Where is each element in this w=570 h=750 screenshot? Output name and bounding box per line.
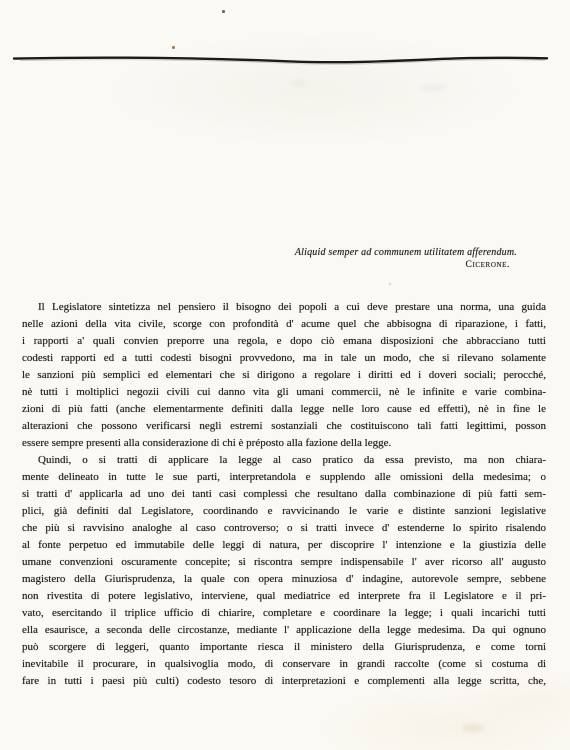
paragraph: Il Legislatore sintetizza nel pensiero i… (22, 299, 546, 452)
epigraph-attribution: Cicerone. (295, 259, 517, 272)
body-text: Il Legislatore sintetizza nel pensiero i… (22, 299, 546, 690)
text-line: nelle azioni della vita civile, scorge c… (22, 316, 546, 333)
ink-speck (222, 10, 225, 13)
paragraph: Quindi, o si tratti di applicare la legg… (22, 452, 546, 690)
text-line: ella esaurisce, a seconda delle circosta… (22, 622, 546, 639)
top-rule (0, 54, 570, 68)
text-line: zioni di più fatti (anche elementarmente… (22, 401, 546, 418)
text-line: umane convenzioni oscuramente concepite;… (22, 554, 546, 571)
paper-smudge (290, 80, 308, 86)
text-line: alterazioni che possono verificarsi negl… (22, 418, 546, 435)
text-line: le sanzioni più semplici ed elementari c… (22, 367, 546, 384)
text-line: fare in tutti i paesi più culti) codesto… (22, 673, 546, 690)
ink-speck (389, 283, 391, 285)
paper-smudge (462, 724, 484, 732)
text-line: si tratti d' applicarla ad uno dei tanti… (22, 486, 546, 503)
text-line: magistero della Giurisprudenza, la quale… (22, 571, 546, 588)
text-line: mente delineato in tutte le sue parti, i… (22, 469, 546, 486)
text-line: al fonte perpetuo ed immutabile delle le… (22, 537, 546, 554)
ink-speck (172, 46, 175, 49)
text-line: i rapporti a' quali convien preporre una… (22, 333, 546, 350)
scanned-book-page: Aliquid semper ad communem utilitatem af… (0, 0, 570, 750)
paper-smudge (420, 84, 446, 91)
text-line: nè tutti i moltiplici negozii civili cui… (22, 384, 546, 401)
text-line: inevitabile il procurare, in qualsivogli… (22, 656, 546, 673)
text-line: che più si ravvisino analoghe al caso co… (22, 520, 546, 537)
text-line: vato, esercitando il triplice ufficio di… (22, 605, 546, 622)
text-line: Quindi, o si tratti di applicare la legg… (22, 452, 546, 469)
text-line: Il Legislatore sintetizza nel pensiero i… (22, 299, 546, 316)
text-line: non rivestita di potere legislativo, int… (22, 588, 546, 605)
text-line: codesti rapporti ed a tutti codesti biso… (22, 350, 546, 367)
text-line: essere sempre presenti alla considerazio… (22, 435, 546, 452)
epigraph-quote: Aliquid semper ad communem utilitatem af… (295, 246, 517, 259)
text-line: plici, già definiti dal Legislatore, coo… (22, 503, 546, 520)
epigraph: Aliquid semper ad communem utilitatem af… (295, 246, 517, 272)
text-line: può scorgere di leggeri, quanto importan… (22, 639, 546, 656)
